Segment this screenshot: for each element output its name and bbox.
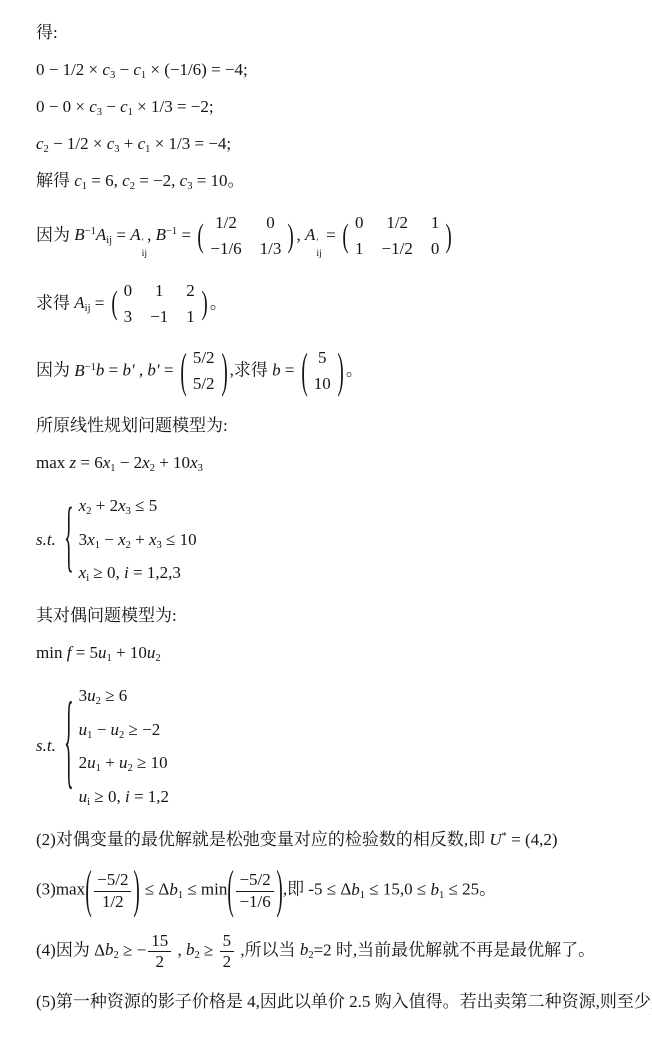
math-var: b2 bbox=[105, 939, 119, 962]
matrix-cell: 1 bbox=[355, 238, 364, 261]
math-var: B−1 bbox=[156, 224, 178, 247]
var-base: u bbox=[87, 753, 96, 772]
matrix-cell: −1 bbox=[150, 306, 168, 329]
fraction-numerator: −5/2 bbox=[94, 870, 131, 891]
matrix-cell: 1 bbox=[431, 212, 440, 235]
var-base: x bbox=[142, 453, 150, 472]
var-base: x bbox=[118, 530, 126, 549]
math-text: (4)因为 Δ bbox=[36, 940, 105, 959]
matrix-grid: 510 bbox=[308, 347, 337, 396]
line-eq-c-1: 0 − 1/2 × c3 − c1 × (−1/6) = −4; bbox=[36, 59, 634, 82]
math-text: = bbox=[177, 225, 195, 244]
open-paren-icon: ( bbox=[198, 220, 204, 253]
math-var: xi bbox=[79, 561, 89, 586]
paren-group: (−5/21/2) bbox=[85, 870, 140, 911]
math-text: − 2 bbox=[116, 453, 143, 472]
math-text: = −2, bbox=[135, 171, 180, 190]
paren-group: (−5/2−1/6) bbox=[227, 870, 282, 911]
matrix-cell: 5 bbox=[314, 347, 331, 370]
matrix-cell: 5/2 bbox=[193, 347, 215, 370]
var-base: c bbox=[36, 134, 44, 153]
math-var: B−1 bbox=[74, 224, 96, 247]
close-paren-icon: ) bbox=[446, 220, 452, 253]
math-var: Aij bbox=[74, 292, 90, 315]
var-base: c bbox=[89, 97, 97, 116]
fraction-numerator: 15 bbox=[148, 931, 171, 952]
close-paren-icon: ) bbox=[134, 864, 140, 917]
math-var: c2 bbox=[122, 170, 135, 193]
math-var: c1 bbox=[74, 170, 87, 193]
math-text: = bbox=[160, 361, 178, 380]
vector: (5/25/2) bbox=[180, 347, 228, 396]
var-base: u bbox=[79, 720, 88, 739]
math-var: x3 bbox=[190, 452, 203, 475]
math-var: b2 bbox=[186, 939, 200, 962]
var-base: A bbox=[305, 225, 315, 244]
math-var: U* bbox=[489, 829, 507, 852]
math-var: Aij bbox=[96, 224, 112, 247]
math-var: b2 bbox=[300, 939, 314, 962]
line-dual-objective: min f = 5u1 + 10u2 bbox=[36, 642, 634, 665]
close-paren-icon: ) bbox=[288, 220, 294, 253]
matrix: (0123−11) bbox=[111, 280, 208, 329]
math-text: + 10 bbox=[112, 643, 147, 662]
math-text: ,求得 bbox=[230, 361, 273, 380]
matrix-cell: 0 bbox=[260, 212, 282, 235]
fraction: −5/21/2 bbox=[94, 870, 131, 911]
math-text: , bbox=[135, 361, 148, 380]
matrix-cell: −1/6 bbox=[210, 238, 241, 261]
math-text: ≥ − bbox=[119, 940, 146, 959]
line-dual-constraints: s.t.{3u2 ≥ 6u1 − u2 ≥ −22u1 + u2 ≥ 10ui … bbox=[36, 684, 634, 810]
var-base: c bbox=[120, 97, 128, 116]
line-part-3: (3)max(−5/21/2) ≤ Δb1 ≤ min(−5/2−1/6),即 … bbox=[36, 870, 634, 911]
math-text: 所原线性规划问题模型为: bbox=[36, 416, 228, 435]
var-base: x bbox=[149, 530, 157, 549]
matrix-cell: 3 bbox=[124, 306, 133, 329]
math-var: ui bbox=[79, 785, 90, 810]
math-text: ,所以当 bbox=[236, 940, 300, 959]
constraint-row: xi ≥ 0, i = 1,2,3 bbox=[79, 561, 197, 586]
matrix-cell: 5/2 bbox=[193, 373, 215, 396]
math-text: ,即 -5 ≤ Δ bbox=[283, 880, 351, 899]
math-text: ≤ 5 bbox=[131, 496, 157, 515]
var-base: x bbox=[190, 453, 198, 472]
var-base: u bbox=[111, 720, 120, 739]
line-intro-de: 得: bbox=[36, 22, 634, 45]
math-text: 0 − 0 × bbox=[36, 97, 89, 116]
math-text: 2 bbox=[79, 753, 88, 772]
var-sub: 3 bbox=[198, 463, 203, 474]
matrix-cell: 0 bbox=[431, 238, 440, 261]
math-var: x2 bbox=[142, 452, 155, 475]
math-text: ≥ 0, bbox=[89, 563, 124, 582]
constraint-system: s.t.{3u2 ≥ 6u1 − u2 ≥ −22u1 + u2 ≥ 10ui … bbox=[36, 684, 169, 810]
line-because-matrices: 因为 B−1Aij = A′ij, B−1 = (1/20−1/61/3), A… bbox=[36, 212, 634, 261]
matrix-cell: 0 bbox=[355, 212, 364, 235]
matrix-cell: 1/2 bbox=[210, 212, 241, 235]
cases-rows: 3u2 ≥ 6u1 − u2 ≥ −22u1 + u2 ≥ 10ui ≥ 0, … bbox=[79, 684, 169, 810]
var-base: A bbox=[130, 225, 140, 244]
var-base: u bbox=[87, 686, 96, 705]
math-text: max bbox=[36, 453, 70, 472]
var-base: A bbox=[74, 293, 84, 312]
math-text: − bbox=[92, 720, 110, 739]
math-var: b1 bbox=[351, 879, 365, 902]
matrix-cell: 1 bbox=[150, 280, 168, 303]
math-text: ≤ 10 bbox=[162, 530, 197, 549]
var-sup: −1 bbox=[85, 226, 96, 237]
matrix: (01/211−1/20) bbox=[342, 212, 452, 261]
open-paren-icon: ( bbox=[111, 288, 117, 321]
close-paren-icon: ) bbox=[337, 347, 343, 396]
math-var: x1 bbox=[103, 452, 116, 475]
math-var: x3 bbox=[118, 494, 131, 519]
math-text: × 1/3 = −2; bbox=[133, 97, 214, 116]
line-part-5: (5)第一种资源的影子价格是 4,因此以单价 2.5 购入值得。若出卖第二种资源… bbox=[36, 991, 634, 1014]
fraction-denominator: 2 bbox=[220, 952, 235, 972]
open-paren-icon: ( bbox=[228, 864, 234, 917]
math-var: c3 bbox=[107, 133, 120, 156]
math-var: b1 bbox=[430, 879, 444, 902]
math-text: 因为 bbox=[36, 225, 74, 244]
math-text: = bbox=[104, 361, 122, 380]
var-base: u bbox=[98, 643, 107, 662]
math-var: u2 bbox=[87, 684, 101, 709]
math-text: 3 bbox=[79, 686, 88, 705]
math-text: + bbox=[120, 134, 138, 153]
math-text: (2)对偶变量的最优解就是松弛变量对应的检验数的相反数,即 bbox=[36, 830, 489, 849]
math-var: x1 bbox=[87, 528, 100, 553]
math-text: − 1/2 × bbox=[49, 134, 107, 153]
math-text: = 1,2 bbox=[130, 787, 169, 806]
math-var: u1 bbox=[79, 718, 93, 743]
var-base: c bbox=[133, 60, 141, 79]
math-var: c1 bbox=[138, 133, 151, 156]
math-text: − bbox=[115, 60, 133, 79]
math-text: ≤ 15,0 ≤ bbox=[365, 880, 430, 899]
math-text: ≥ −2 bbox=[124, 720, 160, 739]
matrix-cell: 0 bbox=[124, 280, 133, 303]
math-text: 其对偶问题模型为: bbox=[36, 606, 177, 625]
fraction: 152 bbox=[148, 931, 171, 972]
matrix-grid: 01/211−1/20 bbox=[349, 212, 445, 261]
math-text: + bbox=[131, 530, 149, 549]
var-sup: −1 bbox=[166, 226, 177, 237]
var-sub: ij bbox=[142, 249, 147, 259]
math-var: c3 bbox=[180, 170, 193, 193]
fraction: 52 bbox=[220, 931, 235, 972]
constraint-system: s.t.{x2 + 2x3 ≤ 53x1 − x2 + x3 ≤ 10xi ≥ … bbox=[36, 494, 197, 586]
matrix-cell: 2 bbox=[186, 280, 195, 303]
math-text: − bbox=[100, 530, 118, 549]
math-text: , bbox=[147, 225, 156, 244]
math-text: min bbox=[36, 643, 67, 662]
math-text: ≥ 0, bbox=[90, 787, 125, 806]
math-text: (5)第一种资源的影子价格是 4,因此以单价 2.5 购入值得。若出卖第二种资源… bbox=[36, 992, 652, 1011]
fraction-denominator: 1/2 bbox=[94, 892, 131, 912]
open-paren-icon: ( bbox=[301, 347, 307, 396]
math-text: 解得 bbox=[36, 171, 74, 190]
open-paren-icon: ( bbox=[342, 220, 348, 253]
fraction-numerator: 5 bbox=[220, 931, 235, 952]
math-text: × 1/3 = −4; bbox=[150, 134, 231, 153]
var-base: b bbox=[351, 880, 360, 899]
line-primal-heading: 所原线性规划问题模型为: bbox=[36, 415, 634, 438]
line-primal-constraints: s.t.{x2 + 2x3 ≤ 53x1 − x2 + x3 ≤ 10xi ≥ … bbox=[36, 494, 634, 586]
math-text: ≥ 10 bbox=[133, 753, 168, 772]
math-text: = bbox=[281, 361, 299, 380]
math-text: ≤ 25。 bbox=[444, 880, 496, 899]
math-text: ≥ 6 bbox=[101, 686, 127, 705]
math-var: u2 bbox=[119, 751, 133, 776]
math-text: = bbox=[91, 293, 109, 312]
var-base: x bbox=[87, 530, 95, 549]
constraint-row: ui ≥ 0, i = 1,2 bbox=[79, 785, 169, 810]
math-text: , bbox=[296, 225, 305, 244]
math-text: 0 − 1/2 × bbox=[36, 60, 102, 79]
line-part-4: (4)因为 Δb2 ≥ −152 , b2 ≥ 52 ,所以当 b2=2 时,当… bbox=[36, 931, 634, 972]
fraction-denominator: −1/6 bbox=[236, 892, 273, 912]
constraint-row: u1 − u2 ≥ −2 bbox=[79, 718, 169, 743]
matrix-cell: 1/3 bbox=[260, 238, 282, 261]
math-text: (3)max bbox=[36, 880, 85, 899]
matrix-grid: 0123−11 bbox=[118, 280, 201, 329]
math-text: = (4,2) bbox=[507, 830, 558, 849]
math-var: x2 bbox=[79, 494, 92, 519]
matrix-cell: 10 bbox=[314, 373, 331, 396]
math-text: ≤ min bbox=[183, 880, 227, 899]
math-var: A′ij bbox=[305, 224, 322, 259]
matrix-cell: 1 bbox=[186, 306, 195, 329]
line-primal-objective: max z = 6x1 − 2x2 + 10x3 bbox=[36, 452, 634, 475]
math-text: 。 bbox=[210, 293, 227, 312]
math-text: = 5 bbox=[71, 643, 98, 662]
math-var: x3 bbox=[149, 528, 162, 553]
math-var: c3 bbox=[89, 96, 102, 119]
vector: (510) bbox=[301, 347, 344, 396]
math-text: − bbox=[102, 97, 120, 116]
math-text: 求得 bbox=[36, 293, 74, 312]
math-var: c1 bbox=[120, 96, 133, 119]
constraint-row: 3u2 ≥ 6 bbox=[79, 684, 169, 709]
math-text: + 10 bbox=[155, 453, 190, 472]
line-solve-c: 解得 c1 = 6, c2 = −2, c3 = 10。 bbox=[36, 170, 634, 193]
var-base: U bbox=[489, 830, 501, 849]
open-paren-icon: ( bbox=[180, 347, 186, 396]
math-text: + bbox=[101, 753, 119, 772]
math-var: b1 bbox=[169, 879, 183, 902]
matrix-grid: 5/25/2 bbox=[187, 347, 221, 396]
math-var: B−1 bbox=[74, 360, 96, 383]
st-label: s.t. bbox=[36, 735, 56, 758]
line-part-2: (2)对偶变量的最优解就是松弛变量对应的检验数的相反数,即 U* = (4,2) bbox=[36, 829, 634, 852]
close-paren-icon: ) bbox=[276, 864, 282, 917]
math-text: =2 时,当前最优解就不再是最优解了。 bbox=[314, 940, 596, 959]
math-text: 得: bbox=[36, 23, 58, 42]
math-text: 3 bbox=[79, 530, 88, 549]
math-text: = bbox=[322, 225, 340, 244]
cases-brace-icon: { bbox=[64, 500, 73, 580]
var-base: B bbox=[74, 361, 84, 380]
math-text: = 1,2,3 bbox=[129, 563, 181, 582]
var-base: B bbox=[74, 225, 84, 244]
line-dual-heading: 其对偶问题模型为: bbox=[36, 605, 634, 628]
cases-rows: x2 + 2x3 ≤ 53x1 − x2 + x3 ≤ 10xi ≥ 0, i … bbox=[79, 494, 197, 586]
close-paren-icon: ) bbox=[221, 347, 227, 396]
math-var: b′ bbox=[122, 361, 134, 380]
math-text: = bbox=[112, 225, 130, 244]
math-var: u1 bbox=[87, 751, 101, 776]
math-var: u2 bbox=[111, 718, 125, 743]
math-var: x2 bbox=[118, 528, 131, 553]
var-base: b bbox=[105, 940, 114, 959]
math-var: c1 bbox=[133, 59, 146, 82]
constraint-row: x2 + 2x3 ≤ 5 bbox=[79, 494, 197, 519]
var-base: u bbox=[119, 753, 128, 772]
constraint-row: 3x1 − x2 + x3 ≤ 10 bbox=[79, 528, 197, 553]
var-sup: −1 bbox=[85, 362, 96, 373]
math-text: ≤ Δ bbox=[141, 880, 170, 899]
line-solve-A: 求得 Aij = (0123−11)。 bbox=[36, 280, 634, 329]
line-eq-c-2: 0 − 0 × c3 − c1 × 1/3 = −2; bbox=[36, 96, 634, 119]
var-base: c bbox=[102, 60, 110, 79]
math-var: u2 bbox=[147, 642, 161, 665]
var-sub: 2 bbox=[155, 653, 160, 664]
math-text: = 6, bbox=[87, 171, 122, 190]
math-text: ≥ bbox=[200, 940, 218, 959]
math-var: u1 bbox=[98, 642, 112, 665]
math-var: c3 bbox=[102, 59, 115, 82]
var-base: B bbox=[156, 225, 166, 244]
math-text: + 2 bbox=[91, 496, 118, 515]
math-text: 因为 bbox=[36, 361, 74, 380]
var-base: c bbox=[122, 171, 130, 190]
var-base: u bbox=[79, 787, 88, 806]
fraction-numerator: −5/2 bbox=[236, 870, 273, 891]
math-text: 。 bbox=[346, 361, 363, 380]
math-var: A′ij bbox=[130, 224, 147, 259]
fraction: −5/2−1/6 bbox=[236, 870, 273, 911]
open-paren-icon: ( bbox=[85, 864, 91, 917]
matrix-grid: 1/20−1/61/3 bbox=[204, 212, 287, 261]
math-text: = 6 bbox=[76, 453, 103, 472]
var-base: c bbox=[74, 171, 82, 190]
var-base: A bbox=[96, 225, 106, 244]
matrix-cell: −1/2 bbox=[382, 238, 413, 261]
math-text: , bbox=[173, 940, 186, 959]
matrix-cell: 1/2 bbox=[382, 212, 413, 235]
cases-brace-icon: { bbox=[64, 694, 73, 801]
math-var: b bbox=[272, 361, 281, 380]
math-text: × (−1/6) = −4; bbox=[146, 60, 248, 79]
math-text: = 10。 bbox=[192, 171, 244, 190]
var-base: b bbox=[430, 880, 439, 899]
matrix: (1/20−1/61/3) bbox=[197, 212, 294, 261]
document-body: 得:0 − 1/2 × c3 − c1 × (−1/6) = −4;0 − 0 … bbox=[0, 0, 652, 1040]
var-base: b bbox=[169, 880, 178, 899]
st-label: s.t. bbox=[36, 529, 56, 552]
constraint-row: 2u1 + u2 ≥ 10 bbox=[79, 751, 169, 776]
line-eq-c-3: c2 − 1/2 × c3 + c1 × 1/3 = −4; bbox=[36, 133, 634, 156]
fraction-denominator: 2 bbox=[148, 952, 171, 972]
close-paren-icon: ) bbox=[201, 288, 207, 321]
var-base: x bbox=[118, 496, 126, 515]
math-var: b′ bbox=[147, 361, 159, 380]
line-because-b: 因为 B−1b = b′ , b′ = (5/25/2),求得 b = (510… bbox=[36, 347, 634, 396]
math-var: c2 bbox=[36, 133, 49, 156]
var-sub: ij bbox=[316, 249, 321, 259]
